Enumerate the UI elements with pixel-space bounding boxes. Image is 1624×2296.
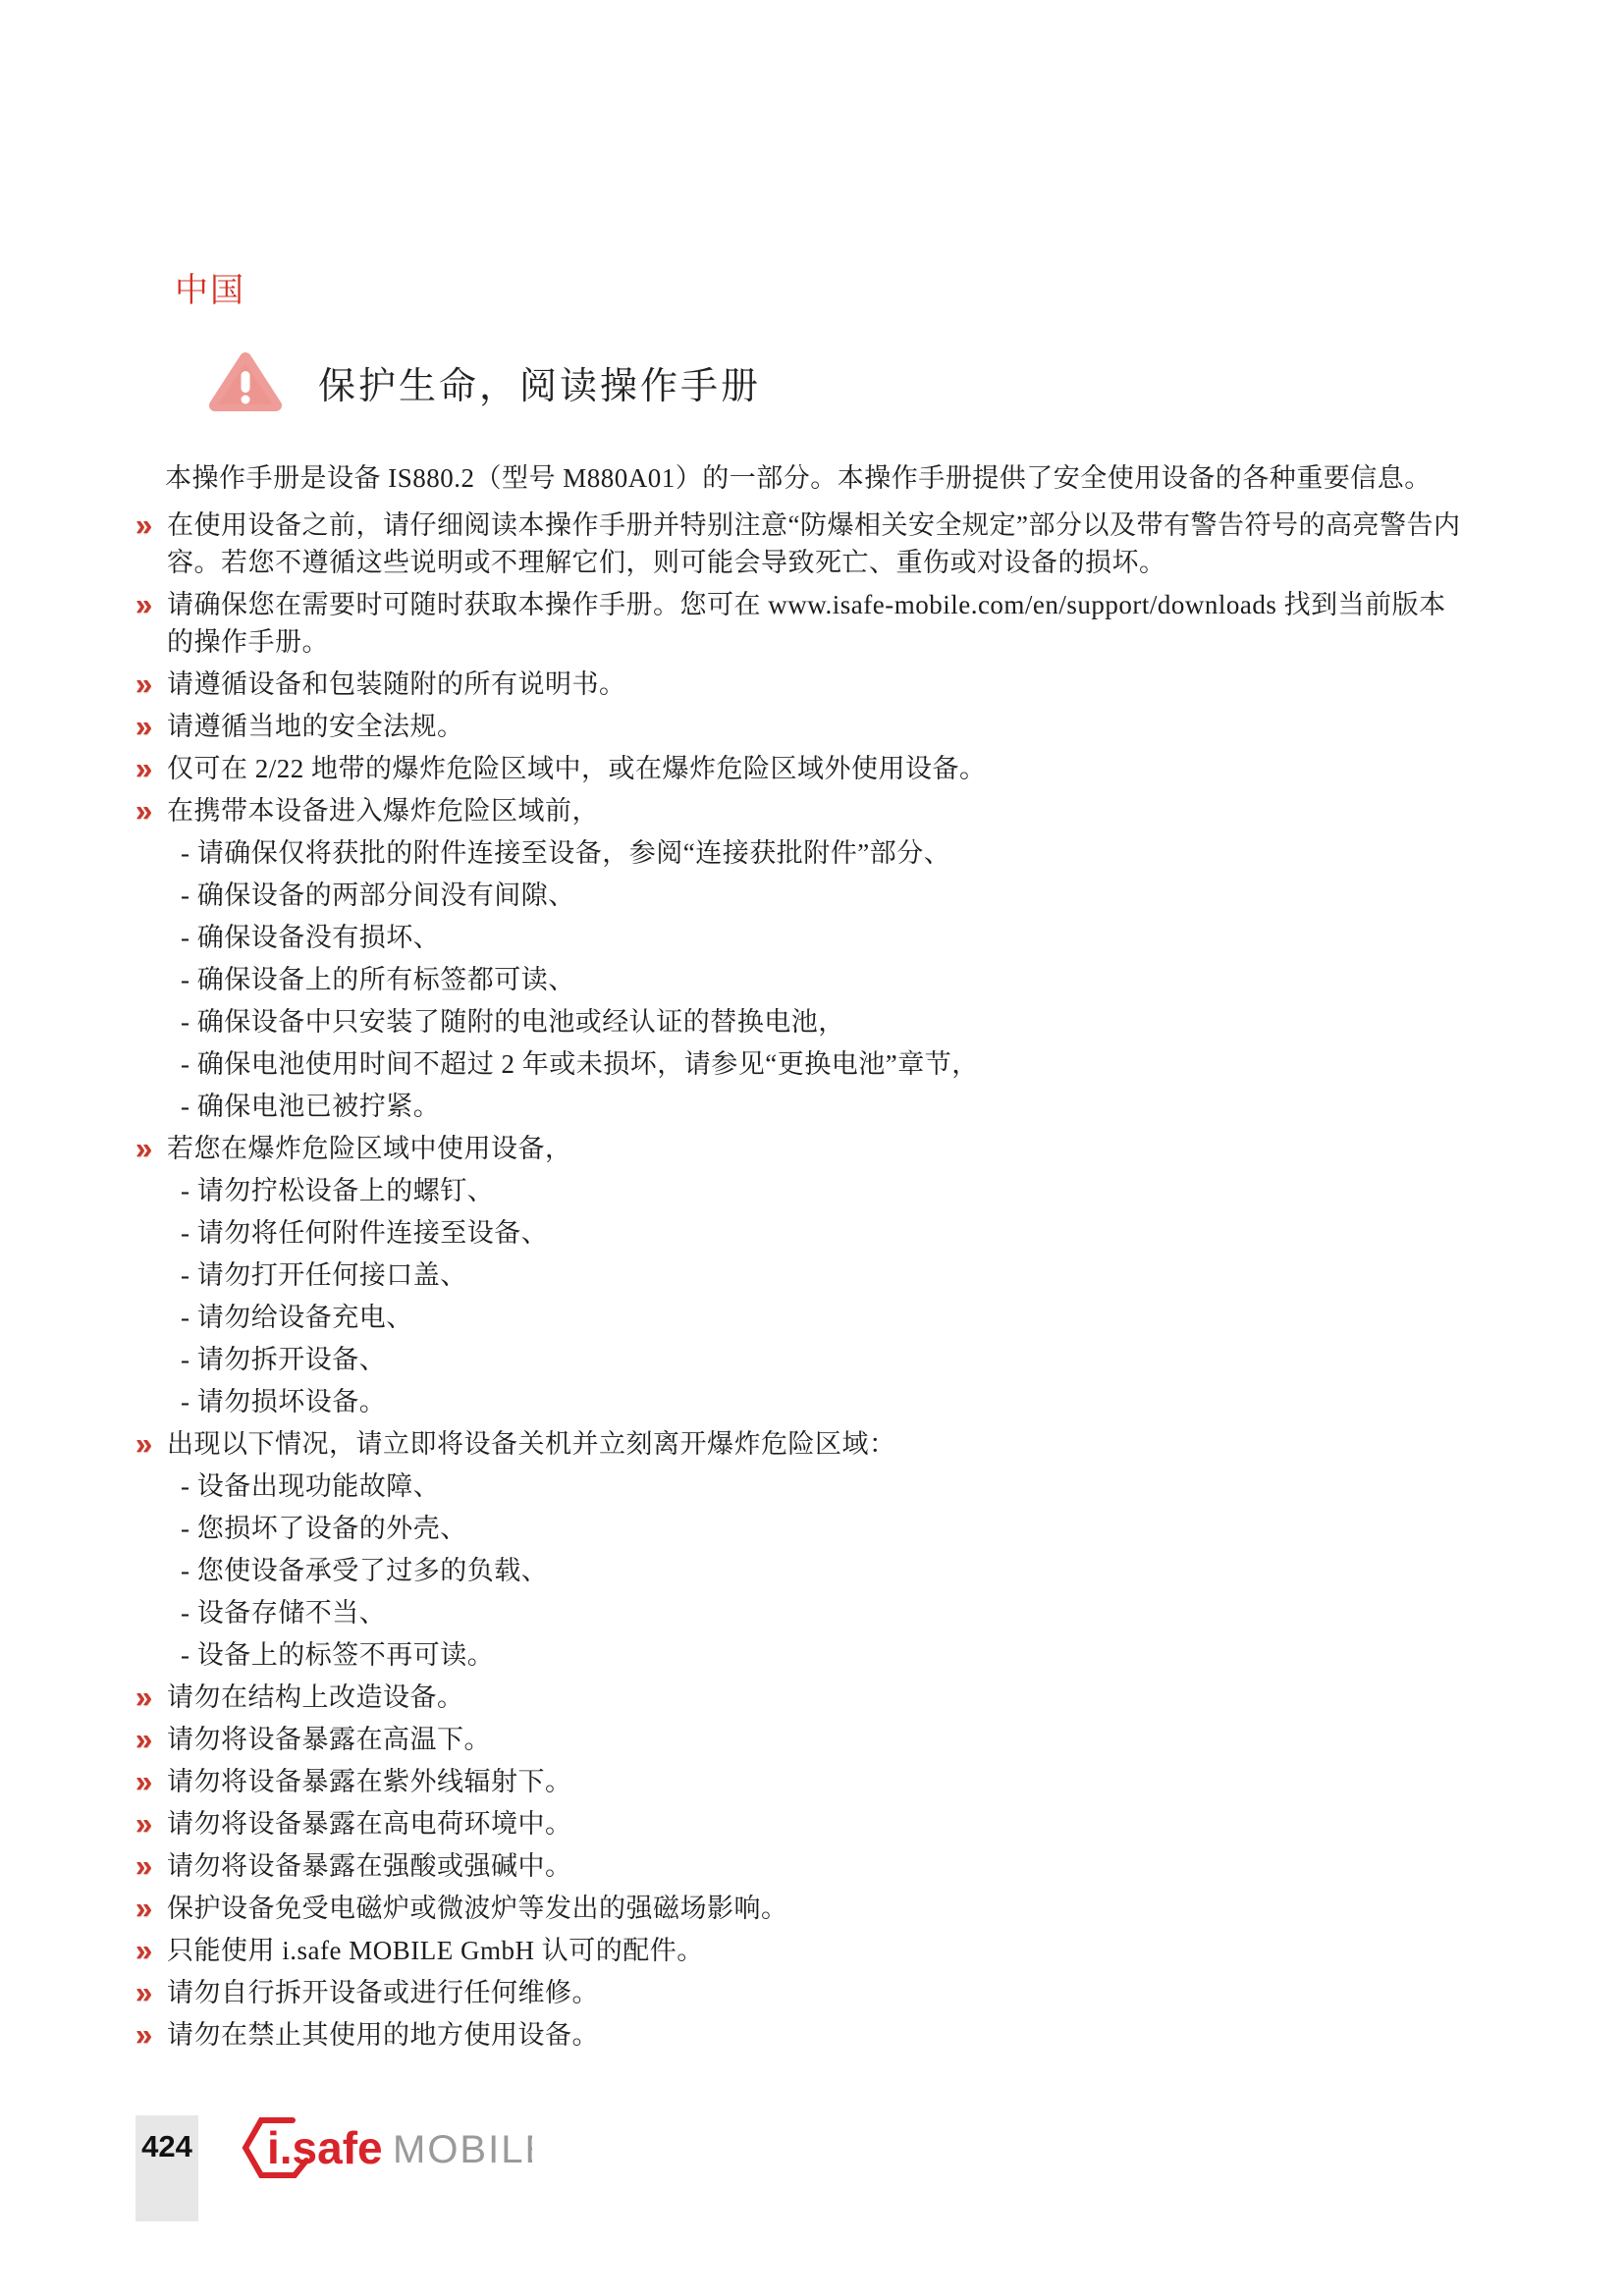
bullet-text: 请勿将设备暴露在紫外线辐射下。 xyxy=(167,1763,1471,1800)
bullet-sub-item: - 确保电池使用时间不超过 2 年或未损坏，请参见“更换电池”章节， xyxy=(181,1045,1471,1083)
double-chevron-bullet-icon: » xyxy=(135,1721,167,1758)
bullet-text: 请勿将设备暴露在强酸或强碱中。 xyxy=(167,1847,1471,1885)
logo-brand-text: i.safe xyxy=(267,2122,383,2173)
bullet-text: 请遵循当地的安全法规。 xyxy=(167,708,1471,745)
bullet-sub-item: - 请勿拧松设备上的螺钉、 xyxy=(181,1172,1471,1209)
bullet-sub-item: - 请确保仅将获批的附件连接至设备，参阅“连接获批附件”部分、 xyxy=(181,834,1471,872)
bullet-sub-item: - 确保电池已被拧紧。 xyxy=(181,1088,1471,1125)
bullet-text: 保护设备免受电磁炉或微波炉等发出的强磁场影响。 xyxy=(167,1890,1471,1927)
double-chevron-bullet-icon: » xyxy=(135,1974,167,2011)
footer: 424 i.safe MOBILE xyxy=(0,2110,1624,2228)
double-chevron-bullet-icon: » xyxy=(135,1679,167,1716)
bullet-text: 请勿在禁止其使用的地方使用设备。 xyxy=(167,2016,1471,2054)
bullet-sub-item: - 设备出现功能故障、 xyxy=(181,1468,1471,1505)
bullet-item: »在使用设备之前，请仔细阅读本操作手册并特别注意“防爆相关安全规定”部分以及带有… xyxy=(135,507,1471,581)
bullet-item: »保护设备免受电磁炉或微波炉等发出的强磁场影响。 xyxy=(135,1890,1471,1927)
bullet-sub-item: - 确保设备中只安装了随附的电池或经认证的替换电池， xyxy=(181,1003,1471,1041)
bullet-sub-item: - 您损坏了设备的外壳、 xyxy=(181,1510,1471,1547)
bullet-item: »只能使用 i.safe MOBILE GmbH 认可的配件。 xyxy=(135,1932,1471,1969)
bullet-sub-item: - 设备上的标签不再可读。 xyxy=(181,1636,1471,1674)
bullet-sub-item: - 您使设备承受了过多的负载、 xyxy=(181,1552,1471,1589)
double-chevron-bullet-icon: » xyxy=(135,2016,167,2054)
bullet-sub-item: - 请勿给设备充电、 xyxy=(181,1299,1471,1336)
bullet-text: 只能使用 i.safe MOBILE GmbH 认可的配件。 xyxy=(167,1932,1471,1969)
bullet-item: »请勿在结构上改造设备。 xyxy=(135,1679,1471,1716)
isafe-mobile-logo: i.safe MOBILE xyxy=(238,2112,532,2181)
bullet-item: »请遵循当地的安全法规。 xyxy=(135,708,1471,745)
bullet-text: 请勿在结构上改造设备。 xyxy=(167,1679,1471,1716)
double-chevron-bullet-icon: » xyxy=(135,1130,167,1167)
bullet-item: »请确保您在需要时可随时获取本操作手册。您可在 www.isafe-mobile… xyxy=(135,586,1471,661)
page-number: 424 xyxy=(141,2129,192,2163)
double-chevron-bullet-icon: » xyxy=(135,750,167,787)
bullet-text: 在使用设备之前，请仔细阅读本操作手册并特别注意“防爆相关安全规定”部分以及带有警… xyxy=(167,507,1471,581)
safety-bullet-list: »在使用设备之前，请仔细阅读本操作手册并特别注意“防爆相关安全规定”部分以及带有… xyxy=(135,507,1471,2054)
bullet-text: 出现以下情况，请立即将设备关机并立刻离开爆炸危险区域： xyxy=(167,1425,1471,1463)
bullet-sub-item: - 确保设备没有损坏、 xyxy=(181,919,1471,956)
logo-suffix-text: MOBILE xyxy=(393,2128,532,2171)
bullet-item: »若您在爆炸危险区域中使用设备， xyxy=(135,1130,1471,1167)
bullet-text: 请勿将设备暴露在高电荷环境中。 xyxy=(167,1805,1471,1842)
bullet-text: 在携带本设备进入爆炸危险区域前， xyxy=(167,792,1471,829)
double-chevron-bullet-icon: » xyxy=(135,1805,167,1842)
bullet-item: »请勿在禁止其使用的地方使用设备。 xyxy=(135,2016,1471,2054)
double-chevron-bullet-icon: » xyxy=(135,1847,167,1885)
bullet-item: »请遵循设备和包装随附的所有说明书。 xyxy=(135,666,1471,703)
bullet-sub-item: - 请勿打开任何接口盖、 xyxy=(181,1256,1471,1294)
bullet-item: »出现以下情况，请立即将设备关机并立刻离开爆炸危险区域： xyxy=(135,1425,1471,1463)
document-page: 中国 保护生命，阅读操作手册 本操作手册是设备 IS880.2（型号 M880A… xyxy=(0,0,1624,2296)
warning-header: 保护生命，阅读操作手册 xyxy=(208,349,761,414)
bullet-sub-item: - 请勿损坏设备。 xyxy=(181,1383,1471,1420)
double-chevron-bullet-icon: » xyxy=(135,1425,167,1463)
bullet-text: 仅可在 2/22 地带的爆炸危险区域中，或在爆炸危险区域外使用设备。 xyxy=(167,750,1471,787)
intro-paragraph: 本操作手册是设备 IS880.2（型号 M880A01）的一部分。本操作手册提供… xyxy=(165,459,1471,497)
bullet-item: »请勿将设备暴露在高电荷环境中。 xyxy=(135,1805,1471,1842)
double-chevron-bullet-icon: » xyxy=(135,1932,167,1969)
double-chevron-bullet-icon: » xyxy=(135,792,167,829)
double-chevron-bullet-icon: » xyxy=(135,507,167,581)
double-chevron-bullet-icon: » xyxy=(135,1890,167,1927)
bullet-item: »请勿将设备暴露在紫外线辐射下。 xyxy=(135,1763,1471,1800)
bullet-item: »在携带本设备进入爆炸危险区域前， xyxy=(135,792,1471,829)
double-chevron-bullet-icon: » xyxy=(135,666,167,703)
bullet-text: 若您在爆炸危险区域中使用设备， xyxy=(167,1130,1471,1167)
section-title: 保护生命，阅读操作手册 xyxy=(318,355,761,409)
bullet-text: 请勿自行拆开设备或进行任何维修。 xyxy=(167,1974,1471,2011)
double-chevron-bullet-icon: » xyxy=(135,708,167,745)
bullet-item: »请勿将设备暴露在强酸或强碱中。 xyxy=(135,1847,1471,1885)
bullet-item: »请勿将设备暴露在高温下。 xyxy=(135,1721,1471,1758)
bullet-sub-item: - 请勿将任何附件连接至设备、 xyxy=(181,1214,1471,1252)
double-chevron-bullet-icon: » xyxy=(135,586,167,661)
bullet-sub-item: - 设备存储不当、 xyxy=(181,1594,1471,1631)
bullet-text: 请勿将设备暴露在高温下。 xyxy=(167,1721,1471,1758)
page-number-box: 424 xyxy=(135,2115,198,2221)
bullet-sub-item: - 请勿拆开设备、 xyxy=(181,1341,1471,1378)
region-label: 中国 xyxy=(175,263,245,311)
bullet-item: »仅可在 2/22 地带的爆炸危险区域中，或在爆炸危险区域外使用设备。 xyxy=(135,750,1471,787)
bullet-item: »请勿自行拆开设备或进行任何维修。 xyxy=(135,1974,1471,2011)
double-chevron-bullet-icon: » xyxy=(135,1763,167,1800)
bullet-text: 请确保您在需要时可随时获取本操作手册。您可在 www.isafe-mobile.… xyxy=(167,586,1471,661)
bullet-sub-item: - 确保设备上的所有标签都可读、 xyxy=(181,961,1471,998)
warning-triangle-icon xyxy=(208,349,283,414)
body-text: 本操作手册是设备 IS880.2（型号 M880A01）的一部分。本操作手册提供… xyxy=(135,459,1471,2058)
bullet-text: 请遵循设备和包装随附的所有说明书。 xyxy=(167,666,1471,703)
bullet-sub-item: - 确保设备的两部分间没有间隙、 xyxy=(181,877,1471,914)
